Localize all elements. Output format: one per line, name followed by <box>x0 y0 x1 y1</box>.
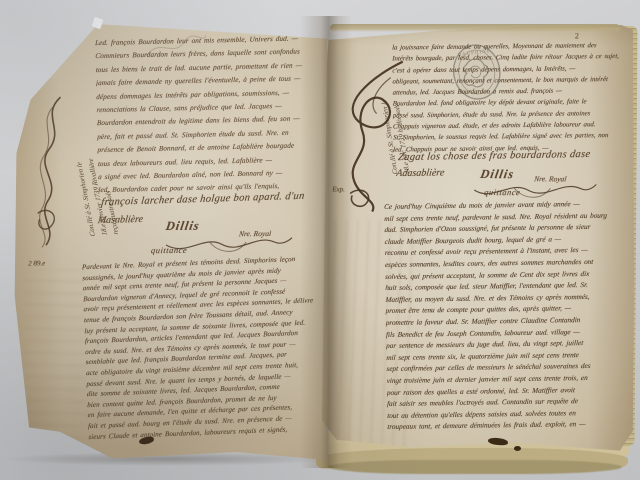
party-name: Masablière <box>97 214 144 226</box>
manuscript-act-text: Pardevant le Nre. Royal et présent les t… <box>82 253 325 442</box>
left-manuscript-page: Con.llé à St. Simphorien le18.e janvier … <box>4 16 334 465</box>
manuscript-act-text: Ce jourd'huy Cinquième du mois de janvie… <box>384 198 633 433</box>
under-sheet-edge <box>328 460 622 474</box>
page-top-edge <box>330 24 620 32</box>
manuscript-body-text: la jouissance faire demande ou querelles… <box>392 40 633 156</box>
manuscript-body-text: Led. françois Bourdardon leur ont mis en… <box>95 32 325 198</box>
right-manuscript-page: 2 DAUPHINE Con.llé à St. Simphorien le18… <box>317 19 640 476</box>
section-heading: quittance <box>151 245 188 255</box>
page-number: 2 <box>575 31 579 40</box>
margin-exp-note: Exp. <box>332 185 345 193</box>
ink-blot <box>514 446 521 451</box>
signature-flourish-icon <box>28 93 72 251</box>
ink-showthrough <box>24 269 86 460</box>
handwritten-line: troupeaux tant, et demeure déminuées les… <box>387 419 633 434</box>
margin-folio-note: 2 89.e <box>28 259 45 267</box>
section-heading: quittance <box>484 187 521 197</box>
party-name: Adasablière <box>396 167 445 179</box>
manuscript-photo: Con.llé à St. Simphorien le18.e janvier … <box>0 0 640 480</box>
